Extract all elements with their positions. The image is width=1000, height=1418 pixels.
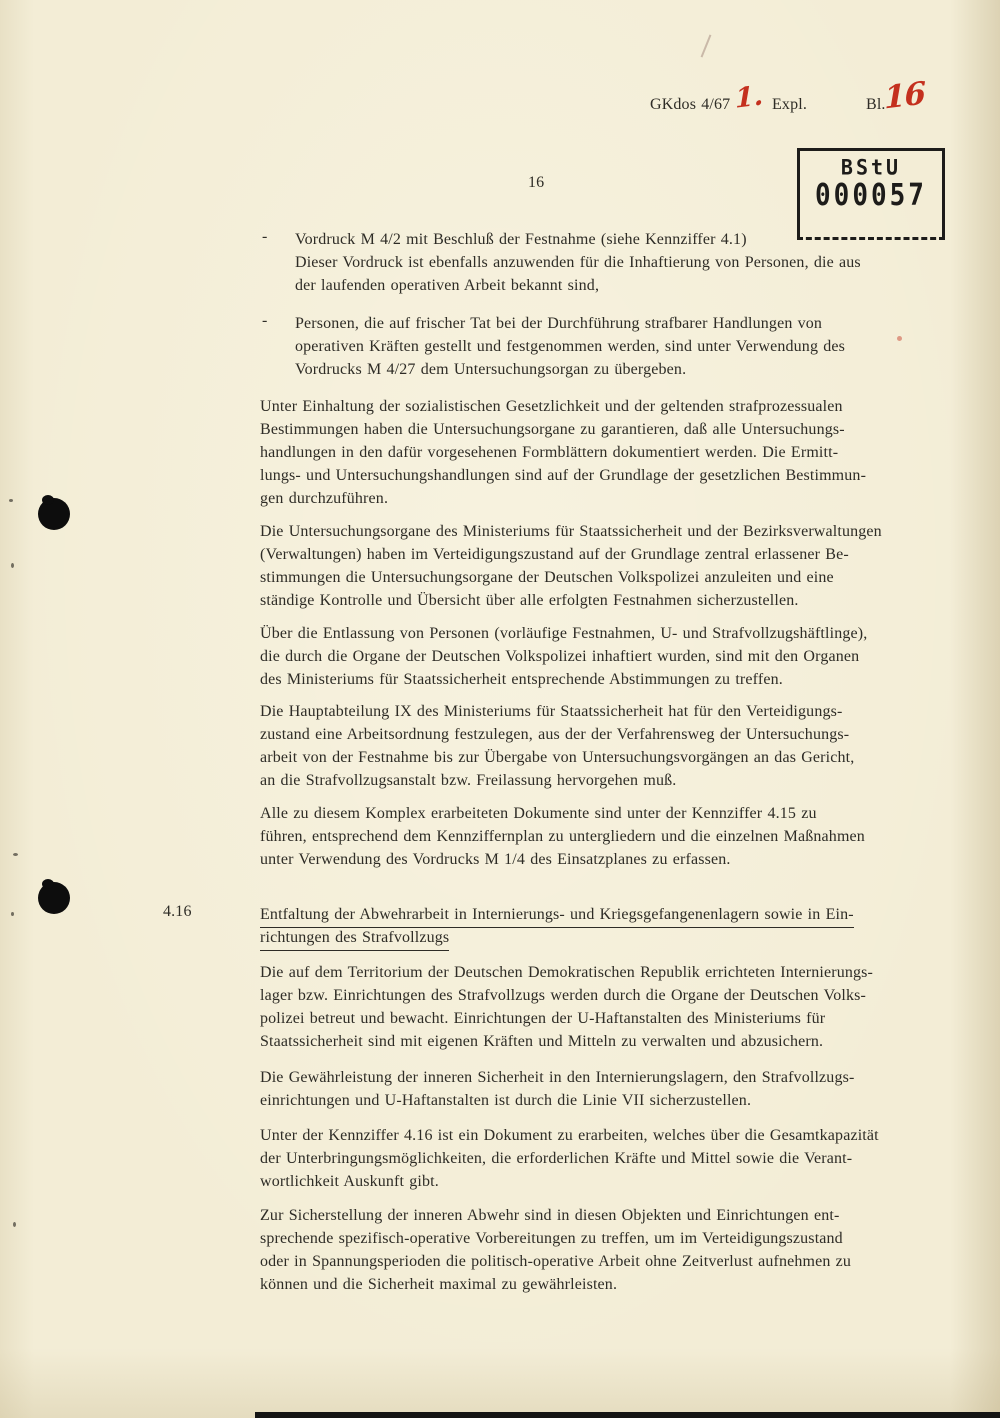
text-line: polizei betreut und bewacht. Einrichtung… xyxy=(260,1007,873,1030)
text-line: lungs- und Untersuchungshandlungen sind … xyxy=(260,464,866,487)
text-line: an die Strafvollzugsanstalt bzw. Freilas… xyxy=(260,769,854,792)
body-paragraph: Unter der Kennziffer 4.16 ist ein Dokume… xyxy=(260,1124,879,1193)
bullet-dash: - xyxy=(262,312,267,330)
text-line: zustand eine Arbeitsordnung festzulegen,… xyxy=(260,723,854,746)
sheet-number-handwritten: 16 xyxy=(884,75,925,116)
body-paragraph: Die Gewährleistung der inneren Sicherhei… xyxy=(260,1066,854,1112)
text-line: Die Hauptabteilung IX des Ministeriums f… xyxy=(260,700,854,723)
text-line: die durch die Organe der Deutschen Volks… xyxy=(260,645,867,668)
ink-speck xyxy=(13,1222,16,1227)
text-line: Über die Entlassung von Personen (vorläu… xyxy=(260,622,867,645)
copy-label: Expl. xyxy=(772,96,807,114)
text-line: Die auf dem Territorium der Deutschen De… xyxy=(260,961,873,984)
text-line: wortlichkeit Auskunft gibt. xyxy=(260,1170,879,1193)
text-line: Die Untersuchungsorgane des Ministeriums… xyxy=(260,520,882,543)
text-line: Dieser Vordruck ist ebenfalls anzuwenden… xyxy=(295,251,861,274)
bullet-item: - Personen, die auf frischer Tat bei der… xyxy=(295,312,845,381)
bstu-stamp: BStU 000057 xyxy=(797,148,945,240)
hole-punch xyxy=(38,882,70,914)
section-heading: Entfaltung der Abwehrarbeit in Internier… xyxy=(260,903,854,949)
section-number: 4.16 xyxy=(163,903,192,921)
hole-punch xyxy=(38,498,70,530)
stamp-serial: 000057 xyxy=(800,179,942,214)
scan-slash-artifact xyxy=(701,34,712,57)
copy-number-handwritten: 1. xyxy=(735,80,764,115)
body-paragraph: Alle zu diesem Komplex erarbeiteten Doku… xyxy=(260,802,865,871)
heading-line: richtungen des Strafvollzugs xyxy=(260,926,449,951)
text-line: der laufenden operativen Arbeit bekannt … xyxy=(295,274,861,297)
text-line: Zur Sicherstellung der inneren Abwehr si… xyxy=(260,1204,851,1227)
text-line: (Verwaltungen) haben im Verteidigungszus… xyxy=(260,543,882,566)
sheet-label: Bl. xyxy=(866,96,886,114)
text-line: Personen, die auf frischer Tat bei der D… xyxy=(295,312,845,335)
text-line: Vordruck M 4/2 mit Beschluß der Festnahm… xyxy=(295,228,861,251)
bullet-item: - Vordruck M 4/2 mit Beschluß der Festna… xyxy=(295,228,861,297)
heading-line: Entfaltung der Abwehrarbeit in Internier… xyxy=(260,903,854,928)
text-line: arbeit von der Festnahme bis zur Übergab… xyxy=(260,746,854,769)
body-paragraph: Die auf dem Territorium der Deutschen De… xyxy=(260,961,873,1053)
text-line: der Unterbringungsmöglichkeiten, die erf… xyxy=(260,1147,879,1170)
body-paragraph: Die Untersuchungsorgane des Ministeriums… xyxy=(260,520,882,612)
ink-speck xyxy=(11,563,14,568)
body-paragraph: Die Hauptabteilung IX des Ministeriums f… xyxy=(260,700,854,792)
text-line: ständige Kontrolle und Übersicht über al… xyxy=(260,589,882,612)
classification-header: GKdos 4/67 1. Expl. Bl. 16 xyxy=(0,96,1000,126)
ink-speck xyxy=(13,853,18,856)
text-line: Unter Einhaltung der sozialistischen Ges… xyxy=(260,395,866,418)
text-line: Alle zu diesem Komplex erarbeiteten Doku… xyxy=(260,802,865,825)
text-line: führen, entsprechend dem Kennziffernplan… xyxy=(260,825,865,848)
text-line: oder in Spannungsperioden die politisch-… xyxy=(260,1250,851,1273)
scan-edge-bar xyxy=(255,1412,1000,1418)
text-line: gen durchzuführen. xyxy=(260,487,866,510)
bullet-dash: - xyxy=(262,228,267,246)
text-line: Unter der Kennziffer 4.16 ist ein Dokume… xyxy=(260,1124,879,1147)
text-line: handlungen in den dafür vorgesehenen For… xyxy=(260,441,866,464)
text-line: einrichtungen und U-Haftanstalten ist du… xyxy=(260,1089,854,1112)
text-line: lager bzw. Einrichtungen des Strafvollzu… xyxy=(260,984,873,1007)
text-line: Bestimmungen haben die Untersuchungsorga… xyxy=(260,418,866,441)
document-page: GKdos 4/67 1. Expl. Bl. 16 16 BStU 00005… xyxy=(0,0,1000,1418)
ink-speck xyxy=(11,912,14,916)
text-line: stimmungen die Untersuchungsorgane der D… xyxy=(260,566,882,589)
text-line: Die Gewährleistung der inneren Sicherhei… xyxy=(260,1066,854,1089)
stamp-title: BStU xyxy=(800,154,942,179)
body-paragraph: Unter Einhaltung der sozialistischen Ges… xyxy=(260,395,866,510)
text-line: Staatssicherheit sind mit eigenen Kräfte… xyxy=(260,1030,873,1053)
ink-speck xyxy=(9,499,13,502)
text-line: sprechende spezifisch-operative Vorberei… xyxy=(260,1227,851,1250)
body-paragraph: Über die Entlassung von Personen (vorläu… xyxy=(260,622,867,691)
text-line: unter Verwendung des Vordrucks M 1/4 des… xyxy=(260,848,865,871)
text-line: des Ministeriums für Staatssicherheit en… xyxy=(260,668,867,691)
text-line: operativen Kräften gestellt und festgeno… xyxy=(295,335,845,358)
body-paragraph: Zur Sicherstellung der inneren Abwehr si… xyxy=(260,1204,851,1296)
text-line: können und die Sicherheit maximal zu gew… xyxy=(260,1273,851,1296)
classification-label: GKdos 4/67 xyxy=(650,96,730,114)
text-line: Vordrucks M 4/27 dem Untersuchungsorgan … xyxy=(295,358,845,381)
page-number: 16 xyxy=(528,174,544,192)
red-ink-speck xyxy=(897,336,902,341)
